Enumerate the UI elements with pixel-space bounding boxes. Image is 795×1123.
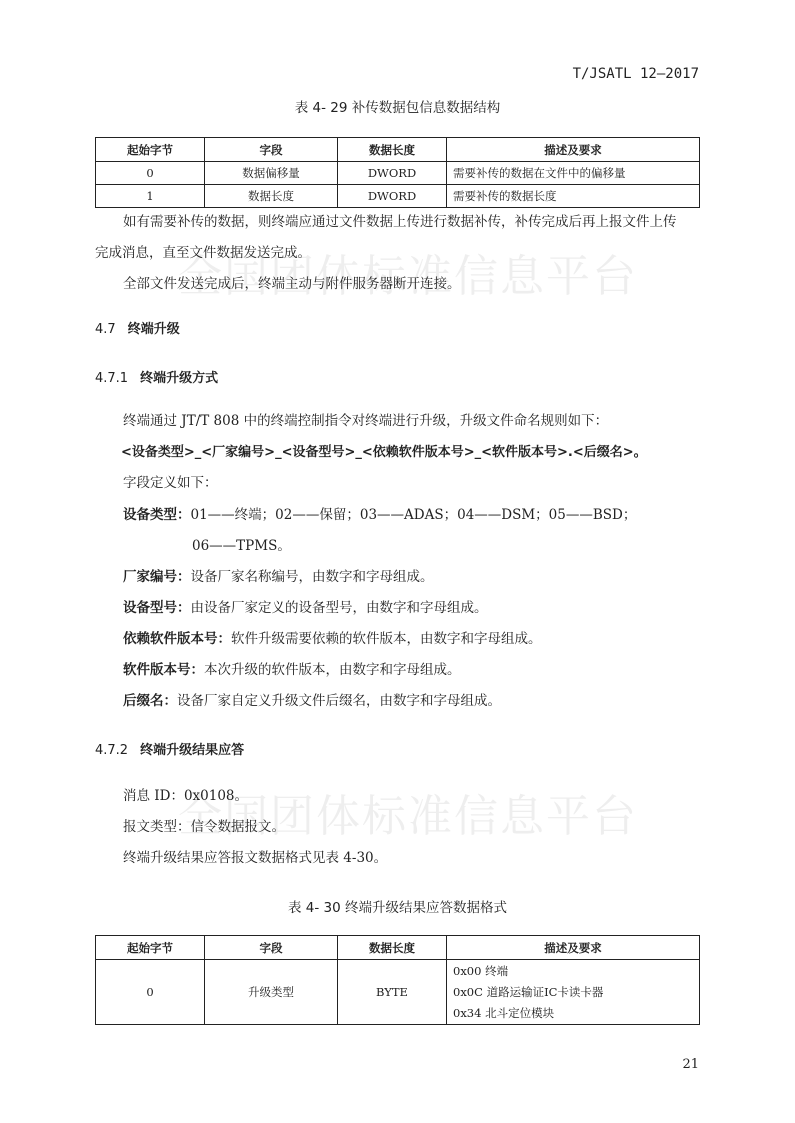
paragraph-supplement-line2: 完成消息，直至文件数据发送完成。 (95, 238, 311, 269)
definition-term: 设备型号： (123, 600, 191, 616)
definition-text: 设备厂家自定义升级文件后缀名，由数字和字母组成。 (177, 693, 501, 709)
table-row: 0 升级类型 BYTE 0x00 终端 0x0C 道路运输证IC卡读卡器 0x3… (96, 960, 700, 1025)
header-start-byte: 起始字节 (96, 138, 205, 162)
definition-text: 本次升级的软件版本，由数字和字母组成。 (204, 662, 461, 678)
definition-term: 后缀名： (123, 693, 177, 709)
cell-description: 需要补传的数据长度 (447, 185, 700, 208)
desc-line: 0x34 北斗定位模块 (453, 1003, 693, 1024)
section-heading-4-7-1: 4.7.1终端升级方式 (95, 367, 218, 386)
header-data-length: 数据长度 (338, 936, 447, 960)
definition-term: 厂家编号： (123, 569, 191, 585)
definition-term: 设备类型： (123, 507, 191, 523)
table-29-title: 表 4- 29 补传数据包信息数据结构 (0, 96, 795, 116)
desc-line: 0x0C 道路运输证IC卡读卡器 (453, 982, 693, 1003)
section-number: 4.7.2 (95, 743, 128, 758)
table-header-row: 起始字节 字段 数据长度 描述及要求 (96, 936, 700, 960)
definition-text: 01——终端；02——保留；03——ADAS；04——DSM；05——BSD； (191, 507, 637, 523)
table-row: 1 数据长度 DWORD 需要补传的数据长度 (96, 185, 700, 208)
format-reference: 终端升级结果应答报文数据格式见表 4-30。 (123, 843, 387, 874)
section-heading-4-7: 4.7终端升级 (95, 318, 180, 337)
section-number: 4.7 (95, 322, 116, 337)
header-description: 描述及要求 (447, 936, 700, 960)
header-description: 描述及要求 (447, 138, 700, 162)
header-field: 字段 (205, 138, 338, 162)
definition-vendor-id: 厂家编号：设备厂家名称编号，由数字和字母组成。 (123, 562, 434, 593)
section-title: 终端升级结果应答 (140, 743, 244, 758)
cell-field: 数据偏移量 (205, 162, 338, 185)
fields-intro: 字段定义如下： (123, 468, 218, 499)
cell-description: 0x00 终端 0x0C 道路运输证IC卡读卡器 0x34 北斗定位模块 (447, 960, 700, 1025)
table-29: 起始字节 字段 数据长度 描述及要求 0 数据偏移量 DWORD 需要补传的数据… (95, 137, 700, 208)
cell-field: 数据长度 (205, 185, 338, 208)
paragraph-supplement-line1: 如有需要补传的数据，则终端应通过文件数据上传进行数据补传，补传完成后再上报文件上… (123, 207, 677, 238)
cell-start-byte: 0 (96, 162, 205, 185)
definition-device-type-cont: 06——TPMS。 (192, 531, 291, 562)
naming-rule: <设备类型>_<厂家编号>_<设备型号>_<依赖软件版本号>_<软件版本号>.<… (121, 437, 647, 468)
cell-start-byte: 0 (96, 960, 205, 1025)
section-title: 终端升级 (128, 322, 180, 337)
cell-data-length: BYTE (338, 960, 447, 1025)
section-number: 4.7.1 (95, 371, 128, 386)
section-title: 终端升级方式 (140, 371, 218, 386)
cell-start-byte: 1 (96, 185, 205, 208)
definition-dependent-version: 依赖软件版本号：软件升级需要依赖的软件版本，由数字和字母组成。 (123, 624, 542, 655)
cell-field: 升级类型 (205, 960, 338, 1025)
header-field: 字段 (205, 936, 338, 960)
page-number: 21 (682, 1057, 699, 1072)
definition-device-model: 设备型号：由设备厂家定义的设备型号，由数字和字母组成。 (123, 593, 488, 624)
cell-description: 需要补传的数据在文件中的偏移量 (447, 162, 700, 185)
definition-software-version: 软件版本号：本次升级的软件版本，由数字和字母组成。 (123, 655, 461, 686)
definition-device-type: 设备类型：01——终端；02——保留；03——ADAS；04——DSM；05——… (123, 500, 636, 531)
cell-data-length: DWORD (338, 185, 447, 208)
header-data-length: 数据长度 (338, 138, 447, 162)
paragraph-disconnect: 全部文件发送完成后，终端主动与附件服务器断开连接。 (123, 269, 461, 300)
table-30: 起始字节 字段 数据长度 描述及要求 0 升级类型 BYTE 0x00 终端 0… (95, 935, 700, 1025)
definition-text: 设备厂家名称编号，由数字和字母组成。 (191, 569, 434, 585)
header-start-byte: 起始字节 (96, 936, 205, 960)
message-id: 消息 ID：0x0108。 (123, 781, 248, 812)
definition-text: 由设备厂家定义的设备型号，由数字和字母组成。 (191, 600, 488, 616)
standard-id: T/JSATL 12—2017 (573, 66, 699, 82)
message-type: 报文类型：信令数据报文。 (123, 812, 285, 843)
upgrade-intro: 终端通过 JT/T 808 中的终端控制指令对终端进行升级，升级文件命名规则如下… (123, 406, 608, 437)
definition-term: 依赖软件版本号： (123, 631, 231, 647)
section-heading-4-7-2: 4.7.2终端升级结果应答 (95, 739, 244, 758)
desc-line: 0x00 终端 (453, 961, 693, 982)
definition-suffix: 后缀名：设备厂家自定义升级文件后缀名，由数字和字母组成。 (123, 686, 501, 717)
definition-term: 软件版本号： (123, 662, 204, 678)
table-row: 0 数据偏移量 DWORD 需要补传的数据在文件中的偏移量 (96, 162, 700, 185)
table-header-row: 起始字节 字段 数据长度 描述及要求 (96, 138, 700, 162)
table-30-title: 表 4- 30 终端升级结果应答数据格式 (0, 896, 795, 916)
definition-text: 软件升级需要依赖的软件版本，由数字和字母组成。 (231, 631, 542, 647)
cell-data-length: DWORD (338, 162, 447, 185)
